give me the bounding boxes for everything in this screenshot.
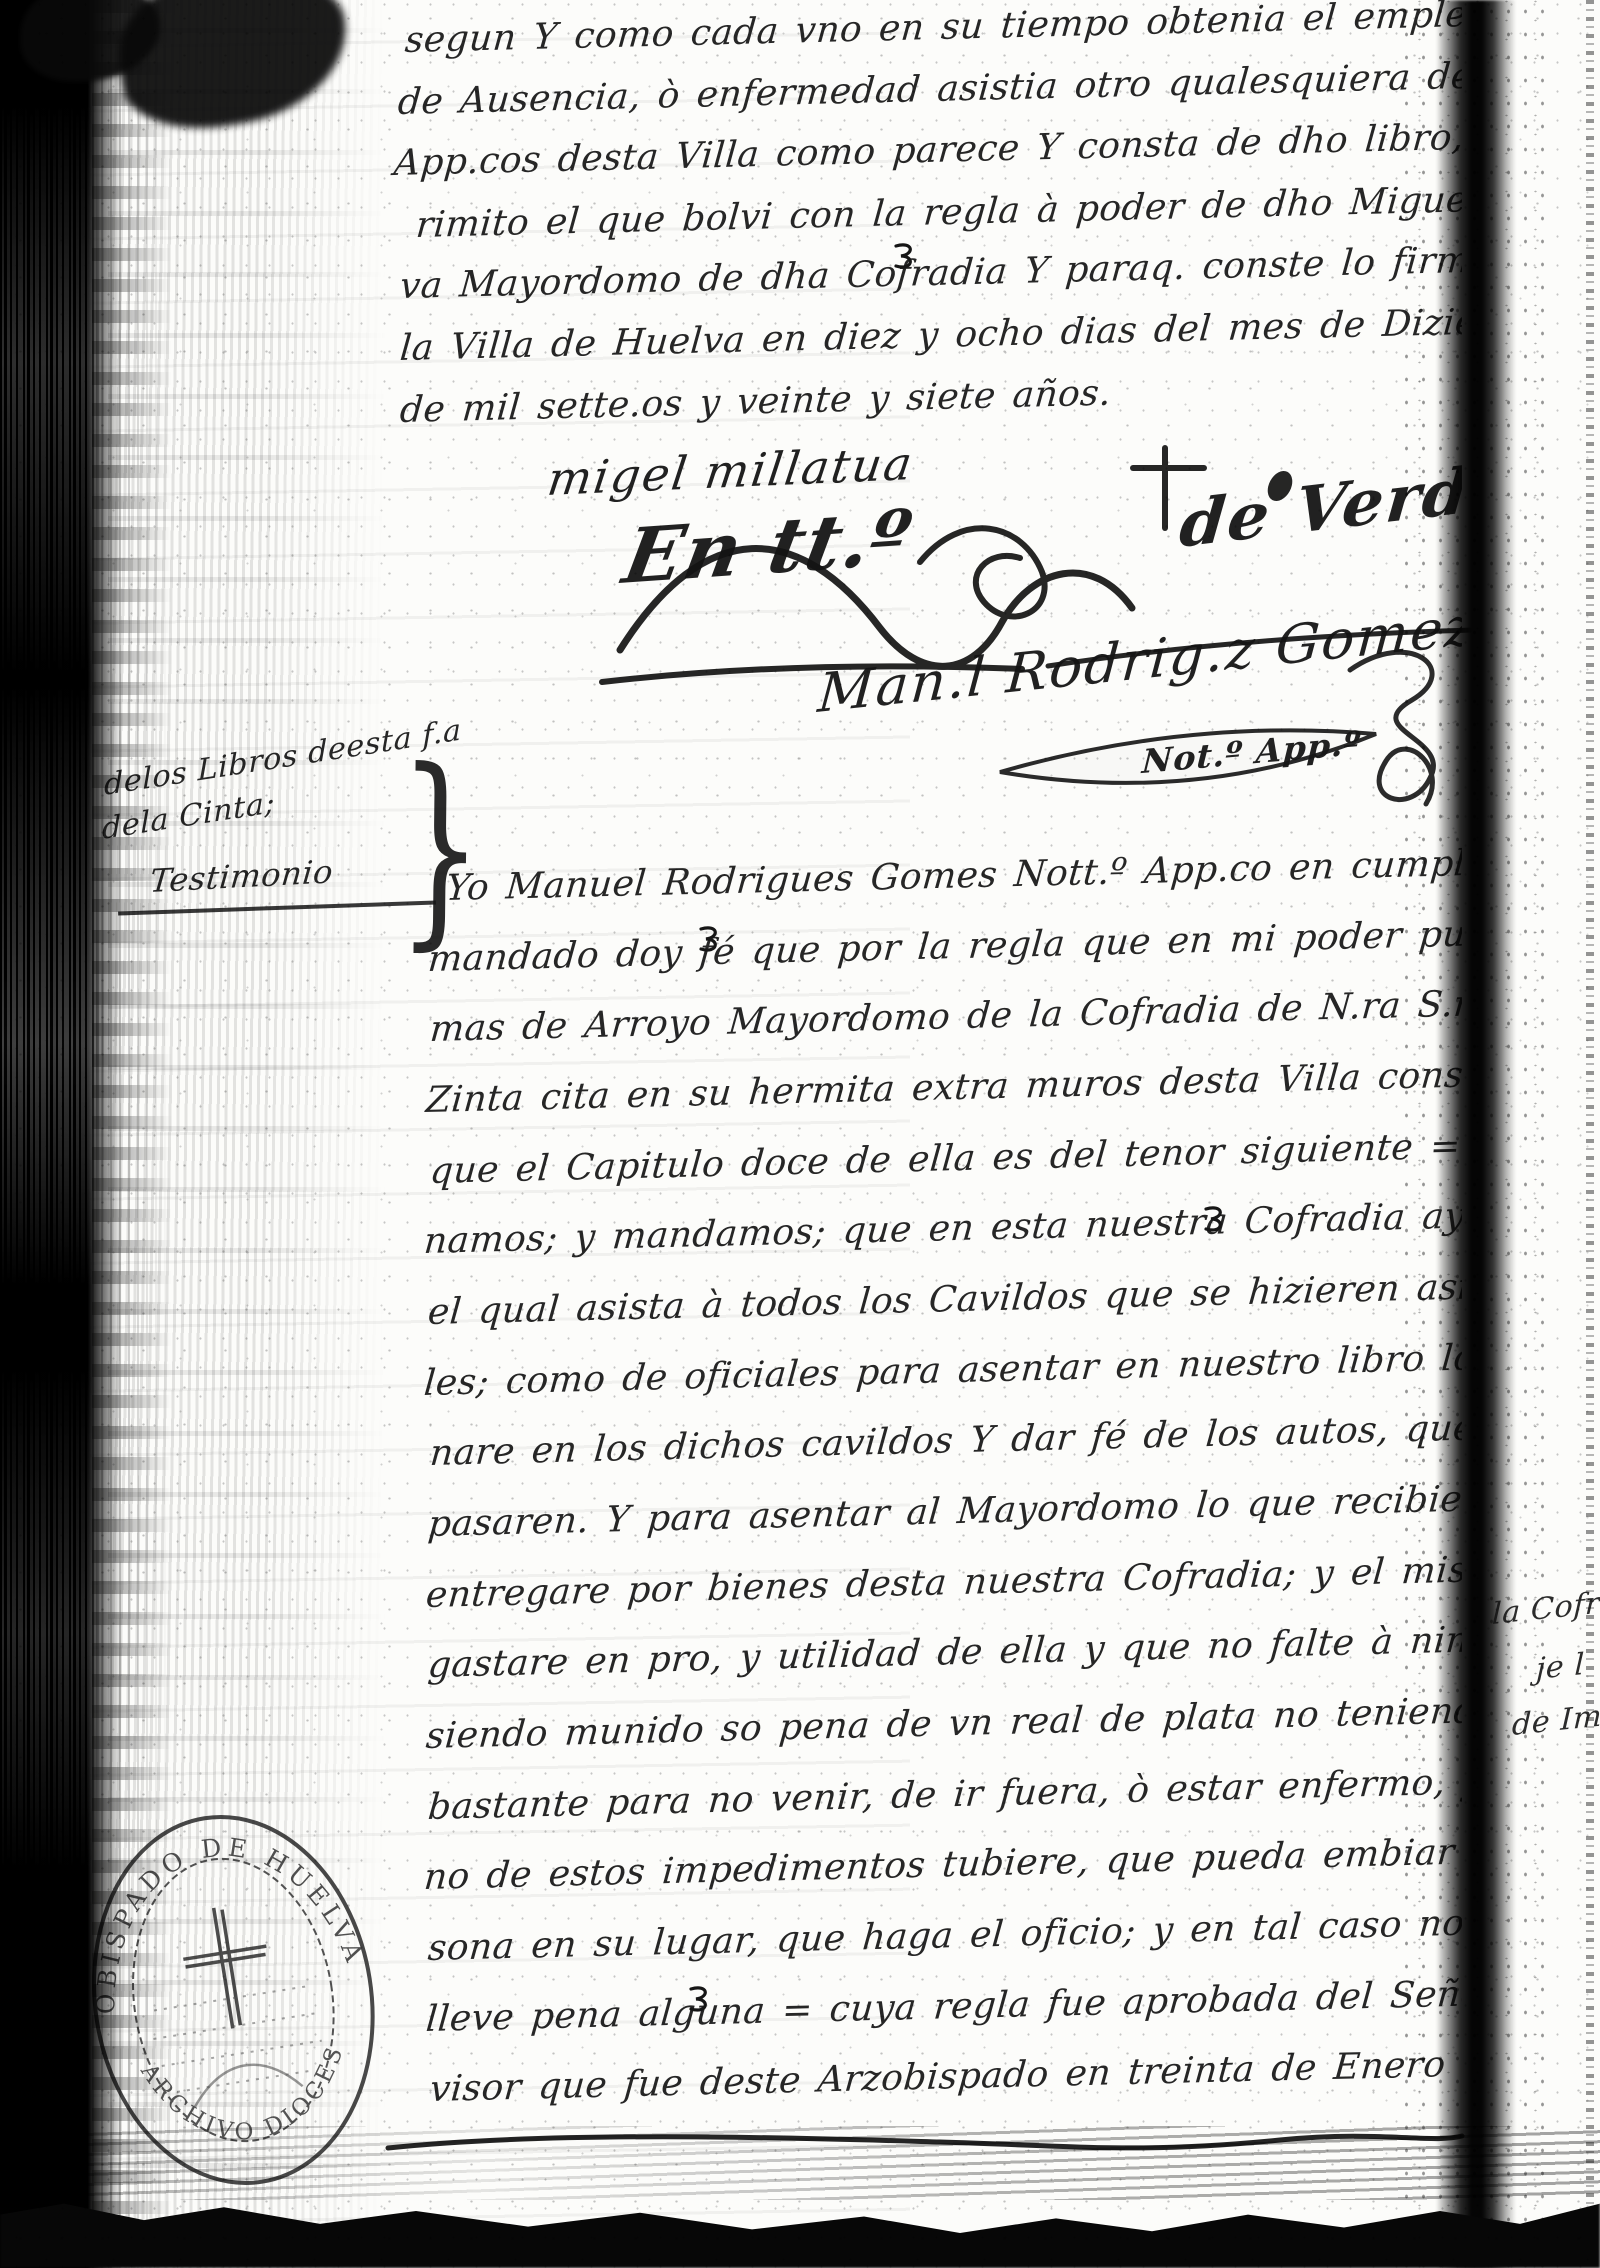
curl-path [701,928,715,950]
manuscript-page: segun Y como cada vno en su tiempo obten… [0,0,1600,2268]
stamp-cross-icon [176,1901,278,2035]
body-line-2: mandado doy fé que por la regla que en m… [426,911,1462,980]
body-line-14: bastante para no venir, de ir fuera, ò e… [426,1758,1462,1828]
next-page-fragment-2: je l [1535,1647,1585,1687]
stamp-inner-texture [149,1985,330,2095]
body-line-11: entregare por bienes desta nuestra Cofra… [424,1547,1462,1616]
top-line-7: de mil sette.os y veinte y siete años. [398,373,1112,431]
top-line-4: rimito el que bolvi con la regla à poder… [414,177,1462,246]
body-line-7: el qual asista à todos los Cavildos que … [426,1263,1462,1333]
stamp-scribble [189,2057,303,2107]
flourish-curl-1 [893,243,919,273]
curl-path [896,245,910,267]
curl-path [1206,1208,1220,1230]
body-line-9: nare en los dichos cavildos Y dar fé de … [428,1405,1462,1474]
body-line-15: no de estos impedimentos tubiere, que pu… [422,1828,1462,1898]
body-line-16: sona en su lugar, que haga el oficio; y … [426,1900,1462,1969]
top-line-1: segun Y como cada vno en su tiempo obten… [403,0,1462,61]
body-line-18: visor que fue deste Arzobispado en trein… [428,2044,1447,2110]
body-line-4: Zinta cita en su hermita extra muros des… [424,1050,1462,1121]
top-line-6: la Villa de Huelva en diez y ocho dias d… [398,299,1462,369]
top-line-3: App.cos desta Villa como parece Y consta… [392,112,1462,184]
ink-blot [1263,467,1297,506]
body-line-3: mas de Arroyo Mayordomo de la Cofradia d… [428,980,1462,1050]
right-page-edge [1586,0,1594,2268]
flourish-curl-4 [688,1986,714,2016]
curl-path [691,1988,705,2010]
body-line-1: Yo Manuel Rodrigues Gomes Nott.º App.co … [444,838,1462,909]
top-line-2: de Ausencia, ò enfermedad asistia otro q… [396,52,1462,123]
top-line-5: va Mayordomo de dha Cofradia Y paraq. co… [398,238,1462,307]
body-line-10: pasaren. Y para asentar al Mayordomo lo … [426,1477,1462,1545]
body-line-8: les; como de oficiales para asentar en n… [422,1331,1462,1404]
rubric-loop-2 [920,528,1045,616]
rubric-loop-1 [620,549,1132,667]
left-binding-streaks [92,0,172,2268]
rubric-underline-1 [602,666,1022,682]
body-line-5: que el Capitulo doce de ella es del teno… [428,1120,1462,1192]
body-line-13: siendo munido so pena de vn real de plat… [424,1686,1462,1757]
body-line-17: lleve pena alguna = cuya regla fue aprob… [424,1971,1462,2040]
bottom-crease-texture [0,2126,1600,2200]
flourish-curl-2 [698,926,724,956]
body-line-6: namos; y mandamos; que en esta nuestra C… [422,1189,1462,1262]
gutter-speckle [1398,0,1558,2268]
flourish-curl-3 [1203,1206,1229,1236]
body-line-12: gastare en pro, y utilidad de ella y que… [426,1616,1462,1686]
